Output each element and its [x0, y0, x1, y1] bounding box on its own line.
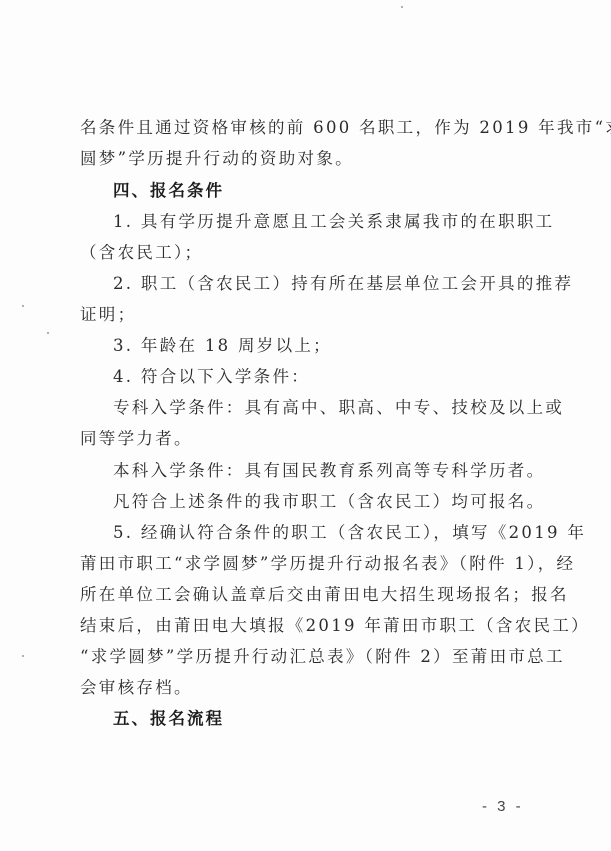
paragraph-line: “求学圆梦”学历提升行动汇总表》（附件 2）至莆田市总工 [80, 646, 532, 668]
paragraph-line: 所在单位工会确认盖章后交由莆田电大招生现场报名；报名 [80, 584, 532, 606]
paragraph-line: 圆梦”学历提升行动的资助对象。 [80, 148, 532, 170]
page-number: - 3 - [482, 798, 524, 815]
paragraph-line: 专科入学条件：具有高中、职高、中专、技校及以上或 [113, 397, 533, 419]
paragraph-line: 结束后，由莆田电大填报《2019 年莆田市职工（含农民工） [80, 615, 532, 637]
paragraph-line: 名条件且通过资格审核的前 600 名职工，作为 2019 年我市“求学 [80, 117, 532, 139]
scan-speck [22, 305, 24, 307]
paragraph-line: （含农民工）； [80, 242, 532, 264]
paragraph-line: 本科入学条件：具有国民教育系列高等专科学历者。 [113, 460, 533, 482]
paragraph-line: 4. 符合以下入学条件： [113, 366, 533, 388]
section-heading-registration-conditions: 四、报名条件 [113, 180, 533, 202]
paragraph-line: 同等学力者。 [80, 428, 532, 450]
scan-speck [22, 655, 24, 657]
paragraph-line: 证明； [80, 304, 532, 326]
scan-speck [47, 332, 49, 334]
paragraph-line: 凡符合上述条件的我市职工（含农民工）均可报名。 [113, 491, 533, 513]
paragraph-line: 5. 经确认符合条件的职工（含农民工），填写《2019 年 [113, 522, 533, 544]
paragraph-line: 3. 年龄在 18 周岁以上； [113, 335, 533, 357]
section-heading-registration-process: 五、报名流程 [113, 708, 533, 730]
scan-speck [401, 6, 403, 8]
paragraph-line: 2. 职工（含农民工）持有所在基层单位工会开具的推荐 [113, 273, 533, 295]
paragraph-line: 1. 具有学历提升意愿且工会关系隶属我市的在职职工 [113, 211, 533, 233]
paragraph-line: 莆田市职工“求学圆梦”学历提升行动报名表》（附件 1），经 [80, 553, 532, 575]
paragraph-line: 会审核存档。 [80, 677, 532, 699]
document-page: 名条件且通过资格审核的前 600 名职工，作为 2019 年我市“求学 圆梦”学… [0, 0, 611, 851]
